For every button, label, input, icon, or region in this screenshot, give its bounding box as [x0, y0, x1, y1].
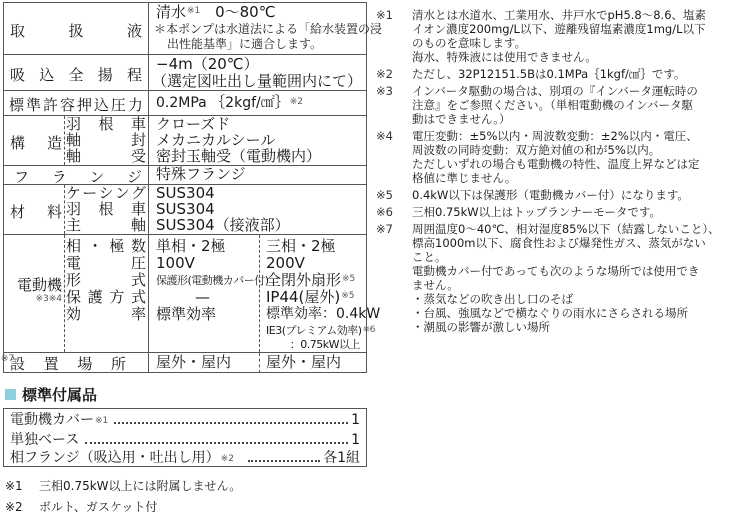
footnote-ref: ※3※4 — [8, 294, 62, 304]
accessory-footnote: ※2ボルト、ガスケット付 — [5, 498, 157, 515]
label-char: 主 — [66, 217, 81, 234]
label-cell: 設 置 場 所 ※7 — [4, 353, 149, 373]
label-char: ー — [82, 185, 97, 202]
label-char: 方 — [109, 289, 124, 306]
value-cell: 屋外・屋内 屋外・屋内 — [149, 353, 366, 373]
label-char: 扱 — [68, 20, 83, 41]
note-line: 電圧変動：±5%以内・周波数変動：±2%以内・電圧、 — [412, 129, 700, 143]
row-label: 取 扱 液 — [10, 20, 142, 41]
footnote-text: 三相0.75kW以上には附属しません。 — [39, 479, 241, 493]
row-label: 標 準 許 容 押 込 圧 力 — [9, 94, 143, 115]
value-cell: 0.2MPa ｛2kgf/㎠｝※2 — [149, 91, 366, 115]
label-char: ・ — [88, 238, 103, 255]
note-4: ※4 電圧変動：±5%以内・周波数変動：±2%以内・電圧、 周波数の同時変動：双… — [376, 129, 738, 185]
label-char: 揚 — [98, 64, 113, 85]
group-label: 電動機 ※3※4 — [8, 277, 62, 304]
label-char: 程 — [127, 64, 142, 85]
sub-label: 主 軸 — [66, 217, 146, 234]
three-phase-poles: 三相・2極 — [266, 238, 336, 255]
footnote-ref: ※2 — [221, 450, 234, 468]
leader-dots — [85, 442, 348, 444]
footnote-ref: ※5 — [341, 291, 354, 301]
bearing: 密封玉軸受（電動機内） — [156, 148, 321, 165]
note-line: 電動機カバー付であっても次のような場所では使用でき — [412, 264, 720, 278]
flange-value: 特殊フランジ — [156, 166, 246, 183]
group-label: 構 造 — [10, 132, 62, 153]
footnote-mark: ※1 — [5, 479, 39, 493]
note-line: 標高1000m以下、腐食性および爆発性ガス、蒸気がない — [412, 236, 720, 250]
accessories-heading: 標準付属品 — [5, 384, 97, 405]
label-char: 根 — [98, 201, 113, 218]
value-cell: SUS304 SUS304 SUS304（接液部） — [149, 185, 366, 234]
accessory-footnote: ※1三相0.75kW以上には附属しません。 — [5, 477, 241, 494]
motor-label: 電動機 — [8, 277, 62, 294]
note-body: ただし、32P12151.5Bは0.1MPa｛1kgf/㎠｝です。 — [412, 67, 685, 81]
note-line: イオン濃度200mg/L以下、遊離残留塩素濃度1mg/L以下 — [412, 22, 706, 36]
note-mark: ※6 — [376, 205, 412, 219]
sub-label: 軸 受 — [66, 148, 146, 165]
row-liquid: 取 扱 液 清水※1 0〜80℃ ＊本ポンプは水道法による「給水装置の浸 出性能… — [4, 3, 366, 55]
accessory-item: 単独ベース 1 — [10, 431, 360, 449]
row-material: 材 料 ケ ー シ ン グ 羽 根 車 主 軸 SUS304 SUS304 — [4, 185, 366, 235]
label-cell: 構 造 羽 根 車 軸 封 軸 受 — [4, 116, 149, 165]
accessory-name: 単独ベース — [10, 431, 79, 449]
label-cell: 吸 込 全 揚 程 — [4, 55, 149, 90]
label-char: 圧 — [131, 255, 146, 272]
row-installation: 設 置 場 所 ※7 屋外・屋内 屋外・屋内 — [4, 353, 366, 373]
label-char: 力 — [128, 94, 143, 115]
liquid-type: 清水 — [156, 3, 186, 21]
label-char: 料 — [47, 201, 62, 222]
accessory-qty: 1 — [351, 431, 360, 449]
note-line: 三相0.75kW以上はトップランナーモータです。 — [412, 205, 661, 219]
pressure-text: 0.2MPa ｛2kgf/㎠｝ — [156, 95, 289, 111]
sub-label: 保 護 方 式 — [66, 289, 146, 306]
label-char: 効 — [66, 306, 81, 323]
section-marker-icon — [5, 389, 16, 400]
liquid-value: 清水※1 0〜80℃ — [156, 4, 276, 21]
accessory-name: 電動機カバー — [10, 411, 94, 429]
label-char: 相 — [66, 238, 81, 255]
label-char: ラ — [52, 166, 67, 187]
note-line: 注意』をご参照ください。（単相電動機のインバータ駆 — [412, 98, 698, 112]
label-char: 液 — [127, 20, 142, 41]
note-line: こと。 — [412, 250, 720, 264]
dashed-divider — [259, 235, 260, 352]
value-cell: 特殊フランジ — [149, 166, 366, 184]
label-char: 受 — [131, 148, 146, 165]
label-cell: 電動機 ※3※4 相 ・ 極 数 電 圧 形 式 保 護 方 式 — [4, 235, 149, 352]
accessory-qty: 各1組 — [323, 449, 360, 467]
note-2: ※2 ただし、32P12151.5Bは0.1MPa｛1kgf/㎠｝です。 — [376, 67, 738, 81]
label-char: 式 — [131, 272, 146, 289]
note-line: 動はできません。） — [412, 112, 698, 126]
single-phase-protection: — — [195, 289, 210, 306]
footnote-ref: ※6 — [363, 325, 375, 335]
footnote-mark: ※2 — [5, 500, 39, 514]
note-line: 周囲温度0〜40℃、相対湿度85%以下（結露しないこと）、 — [412, 222, 720, 236]
footnote-ref: ※1 — [95, 412, 108, 430]
label-char: 置 — [44, 353, 59, 374]
row-flange: フ ラ ン ジ 特殊フランジ — [4, 166, 366, 185]
note-mark: ※2 — [376, 67, 412, 81]
note-line: ただしいずれの場合も電動機の特性、温度上昇などは定 — [412, 157, 700, 171]
suction-head-range: （選定図吐出し量範囲内にて） — [152, 73, 362, 90]
row-suction-head: 吸 込 全 揚 程 −4m（20℃） （選定図吐出し量範囲内にて） — [4, 55, 366, 91]
leader-dots — [248, 460, 320, 462]
note-body: 清水とは水道水、工業用水、井戸水でpH5.8〜8.6、塩素 イオン濃度200mg… — [412, 8, 706, 64]
spec-table: 取 扱 液 清水※1 0〜80℃ ＊本ポンプは水道法による「給水装置の浸 出性能… — [3, 2, 367, 373]
ie3-text: IE3(プレミアム効率) — [266, 324, 362, 337]
note-body: 周囲温度0〜40℃、相対湿度85%以下（結露しないこと）、 標高1000m以下、… — [412, 222, 720, 334]
single-phase-poles: 単相・2極 — [156, 238, 226, 255]
group-label: 材 料 — [10, 201, 62, 222]
label-char: 準 — [26, 94, 41, 115]
label-char: 造 — [47, 132, 62, 153]
three-phase-efficiency-ie3: IE3(プレミアム効率)※6 — [266, 324, 375, 338]
note-line: 0.4kW以下は保護形（電動機カバー付）になります。 — [412, 188, 689, 202]
value-cell: 清水※1 0〜80℃ ＊本ポンプは水道法による「給水装置の浸 出性能基準」に適合… — [149, 3, 366, 54]
note-1: ※1 清水とは水道水、工業用水、井戸水でpH5.8〜8.6、塩素 イオン濃度20… — [376, 8, 738, 64]
shaft-material: SUS304（接液部） — [156, 217, 290, 234]
dashed-divider — [259, 353, 260, 373]
note-line: ただし、32P12151.5Bは0.1MPa｛1kgf/㎠｝です。 — [412, 67, 685, 81]
label-char: 許 — [43, 94, 58, 115]
note-body: 電圧変動：±5%以内・周波数変動：±2%以内・電圧、 周波数の同時変動：双方絶対… — [412, 129, 700, 185]
note-line: 海水、特殊液には使用できません。 — [412, 50, 706, 64]
footnote-ref: ※1 — [187, 6, 200, 16]
note-line: インバータ駆動の場合は、別項の『インバータ運転時の — [412, 84, 698, 98]
single-phase-voltage: 100V — [156, 255, 195, 272]
note-mark: ※5 — [376, 188, 412, 202]
note-3: ※3 インバータ駆動の場合は、別項の『インバータ運転時の 注意』をご参照ください… — [376, 84, 738, 126]
note-line: 清水とは水道水、工業用水、井戸水でpH5.8〜8.6、塩素 — [412, 8, 706, 22]
liquid-temperature: 0〜80℃ — [215, 3, 275, 21]
three-phase-type: 全閉外扇形※5 — [266, 272, 355, 289]
label-char: 吸 — [10, 64, 25, 85]
label-char: 容 — [60, 94, 75, 115]
note-line: ません。 — [412, 278, 720, 292]
label-char: 取 — [10, 20, 25, 41]
note-line: ・台風、強風などで横なぐりの雨水にさらされる場所 — [412, 306, 720, 320]
note-7: ※7 周囲温度0〜40℃、相対湿度85%以下（結露しないこと）、 標高1000m… — [376, 222, 738, 334]
label-cell: 材 料 ケ ー シ ン グ 羽 根 車 主 軸 — [4, 185, 149, 234]
dashed-divider — [64, 235, 65, 352]
label-char: 極 — [109, 238, 124, 255]
single-phase-efficiency: 標準効率 — [156, 306, 216, 323]
dashed-divider — [64, 185, 65, 234]
label-char: 材 — [10, 201, 25, 222]
single-phase-installation: 屋外・屋内 — [156, 354, 231, 371]
footnote-text: ボルト、ガスケット付 — [39, 500, 157, 514]
sub-label: 電 圧 — [66, 255, 146, 272]
label-char: 込 — [94, 94, 109, 115]
leader-dots — [114, 422, 348, 424]
label-char: 電 — [66, 255, 81, 272]
notes-column: ※1 清水とは水道水、工業用水、井戸水でpH5.8〜8.6、塩素 イオン濃度20… — [376, 8, 738, 337]
suction-head-value: −4m（20℃） — [156, 56, 259, 73]
accessory-item: 電動機カバー※1 1 — [10, 411, 360, 431]
label-char: 式 — [131, 289, 146, 306]
note-line: ・蒸気などの吹き出し口のそば — [412, 292, 720, 306]
push-pressure-value: 0.2MPa ｛2kgf/㎠｝※2 — [156, 95, 303, 112]
note-line: 周波数の同時変動：双方絶対値の和が5%以内。 — [412, 143, 700, 157]
footnote-ref: ※5 — [342, 274, 355, 284]
row-push-pressure: 標 準 許 容 押 込 圧 力 0.2MPa ｛2kgf/㎠｝※2 — [4, 91, 366, 116]
label-char: 率 — [131, 306, 146, 323]
row-label: 設 置 場 所 — [10, 353, 126, 374]
label-char: 全 — [68, 64, 83, 85]
label-char: 標 — [9, 94, 24, 115]
label-cell: フ ラ ン ジ — [4, 166, 149, 184]
accessory-item: 相フランジ（吸込用・吐出し用）※2 各1組 — [10, 449, 360, 469]
accessory-qty: 1 — [351, 411, 360, 429]
three-phase-voltage: 200V — [266, 255, 305, 272]
dashed-divider — [64, 116, 65, 165]
accessories-title: 標準付属品 — [22, 384, 97, 405]
note-line: 格値に準じません。 — [412, 171, 700, 185]
note-6: ※6 三相0.75kW以上はトップランナーモータです。 — [376, 205, 738, 219]
note-5: ※5 0.4kW以下は保護形（電動機カバー付）になります。 — [376, 188, 738, 202]
footnote-ref: ※2 — [290, 97, 303, 107]
label-char: フ — [14, 166, 29, 187]
label-char: 軸 — [66, 148, 81, 165]
protection-text: IP44(屋外) — [266, 288, 340, 306]
single-phase-type: 保護形(電動機カバー付) — [156, 274, 269, 288]
label-char: 形 — [66, 272, 81, 289]
note-mark: ※7 — [376, 222, 412, 334]
sub-label: 効 率 — [66, 306, 146, 323]
note-mark: ※3 — [376, 84, 412, 126]
sub-label: 形 式 — [66, 272, 146, 289]
label-char: 数 — [131, 238, 146, 255]
three-phase-efficiency: 標準効率：0.4kW — [266, 306, 380, 323]
sub-label: 相 ・ 極 数 — [66, 238, 146, 255]
label-char: 保 — [66, 289, 81, 306]
note-body: 0.4kW以下は保護形（電動機カバー付）になります。 — [412, 188, 689, 202]
label-char: 構 — [10, 132, 25, 153]
accessories-box: 電動機カバー※1 1 単独ベース 1 相フランジ（吸込用・吐出し用）※2 各1組 — [3, 408, 367, 467]
liquid-remark: ＊本ポンプは水道法による「給水装置の浸 — [154, 22, 382, 37]
label-char: 軸 — [131, 217, 146, 234]
row-motor: 電動機 ※3※4 相 ・ 極 数 電 圧 形 式 保 護 方 式 — [4, 235, 366, 353]
note-mark: ※1 — [376, 8, 412, 64]
note-body: インバータ駆動の場合は、別項の『インバータ運転時の 注意』をご参照ください。（単… — [412, 84, 698, 126]
label-char: 根 — [98, 116, 113, 133]
note-body: 三相0.75kW以上はトップランナーモータです。 — [412, 205, 661, 219]
type-text: 全閉外扇形 — [266, 271, 341, 289]
liquid-remark: 出性能基準」に適合します。 — [167, 37, 322, 52]
label-cell: 標 準 許 容 押 込 圧 力 — [4, 91, 149, 115]
label-char: 込 — [39, 64, 54, 85]
footnote-ref: ※7 — [1, 354, 14, 364]
accessory-name: 相フランジ（吸込用・吐出し用） — [10, 449, 220, 467]
three-phase-installation: 屋外・屋内 — [266, 354, 341, 371]
row-label: 吸 込 全 揚 程 — [10, 64, 142, 85]
label-cell: 取 扱 液 — [4, 3, 149, 54]
label-char: 所 — [111, 353, 126, 374]
note-line: のものを意味します。 — [412, 36, 706, 50]
label-char: 圧 — [111, 94, 126, 115]
value-cell: クローズド メカニカルシール 密封玉軸受（電動機内） — [149, 116, 366, 165]
label-char: 場 — [77, 353, 92, 374]
value-cell: −4m（20℃） （選定図吐出し量範囲内にて） — [149, 55, 366, 90]
note-mark: ※4 — [376, 129, 412, 185]
value-cell: 単相・2極 100V 保護形(電動機カバー付) — 標準効率 三相・2極 200… — [149, 235, 366, 352]
label-char: ン — [115, 185, 130, 202]
three-phase-protection: IP44(屋外)※5 — [266, 289, 355, 306]
note-line: ・潮風の影響が激しい場所 — [412, 320, 720, 334]
label-char: 押 — [77, 94, 92, 115]
three-phase-efficiency-threshold: ：0.75kW以上 — [290, 338, 360, 352]
label-char: 護 — [88, 289, 103, 306]
row-structure: 構 造 羽 根 車 軸 封 軸 受 クローズド メカニカルシール 密封玉軸受（電… — [4, 116, 366, 166]
